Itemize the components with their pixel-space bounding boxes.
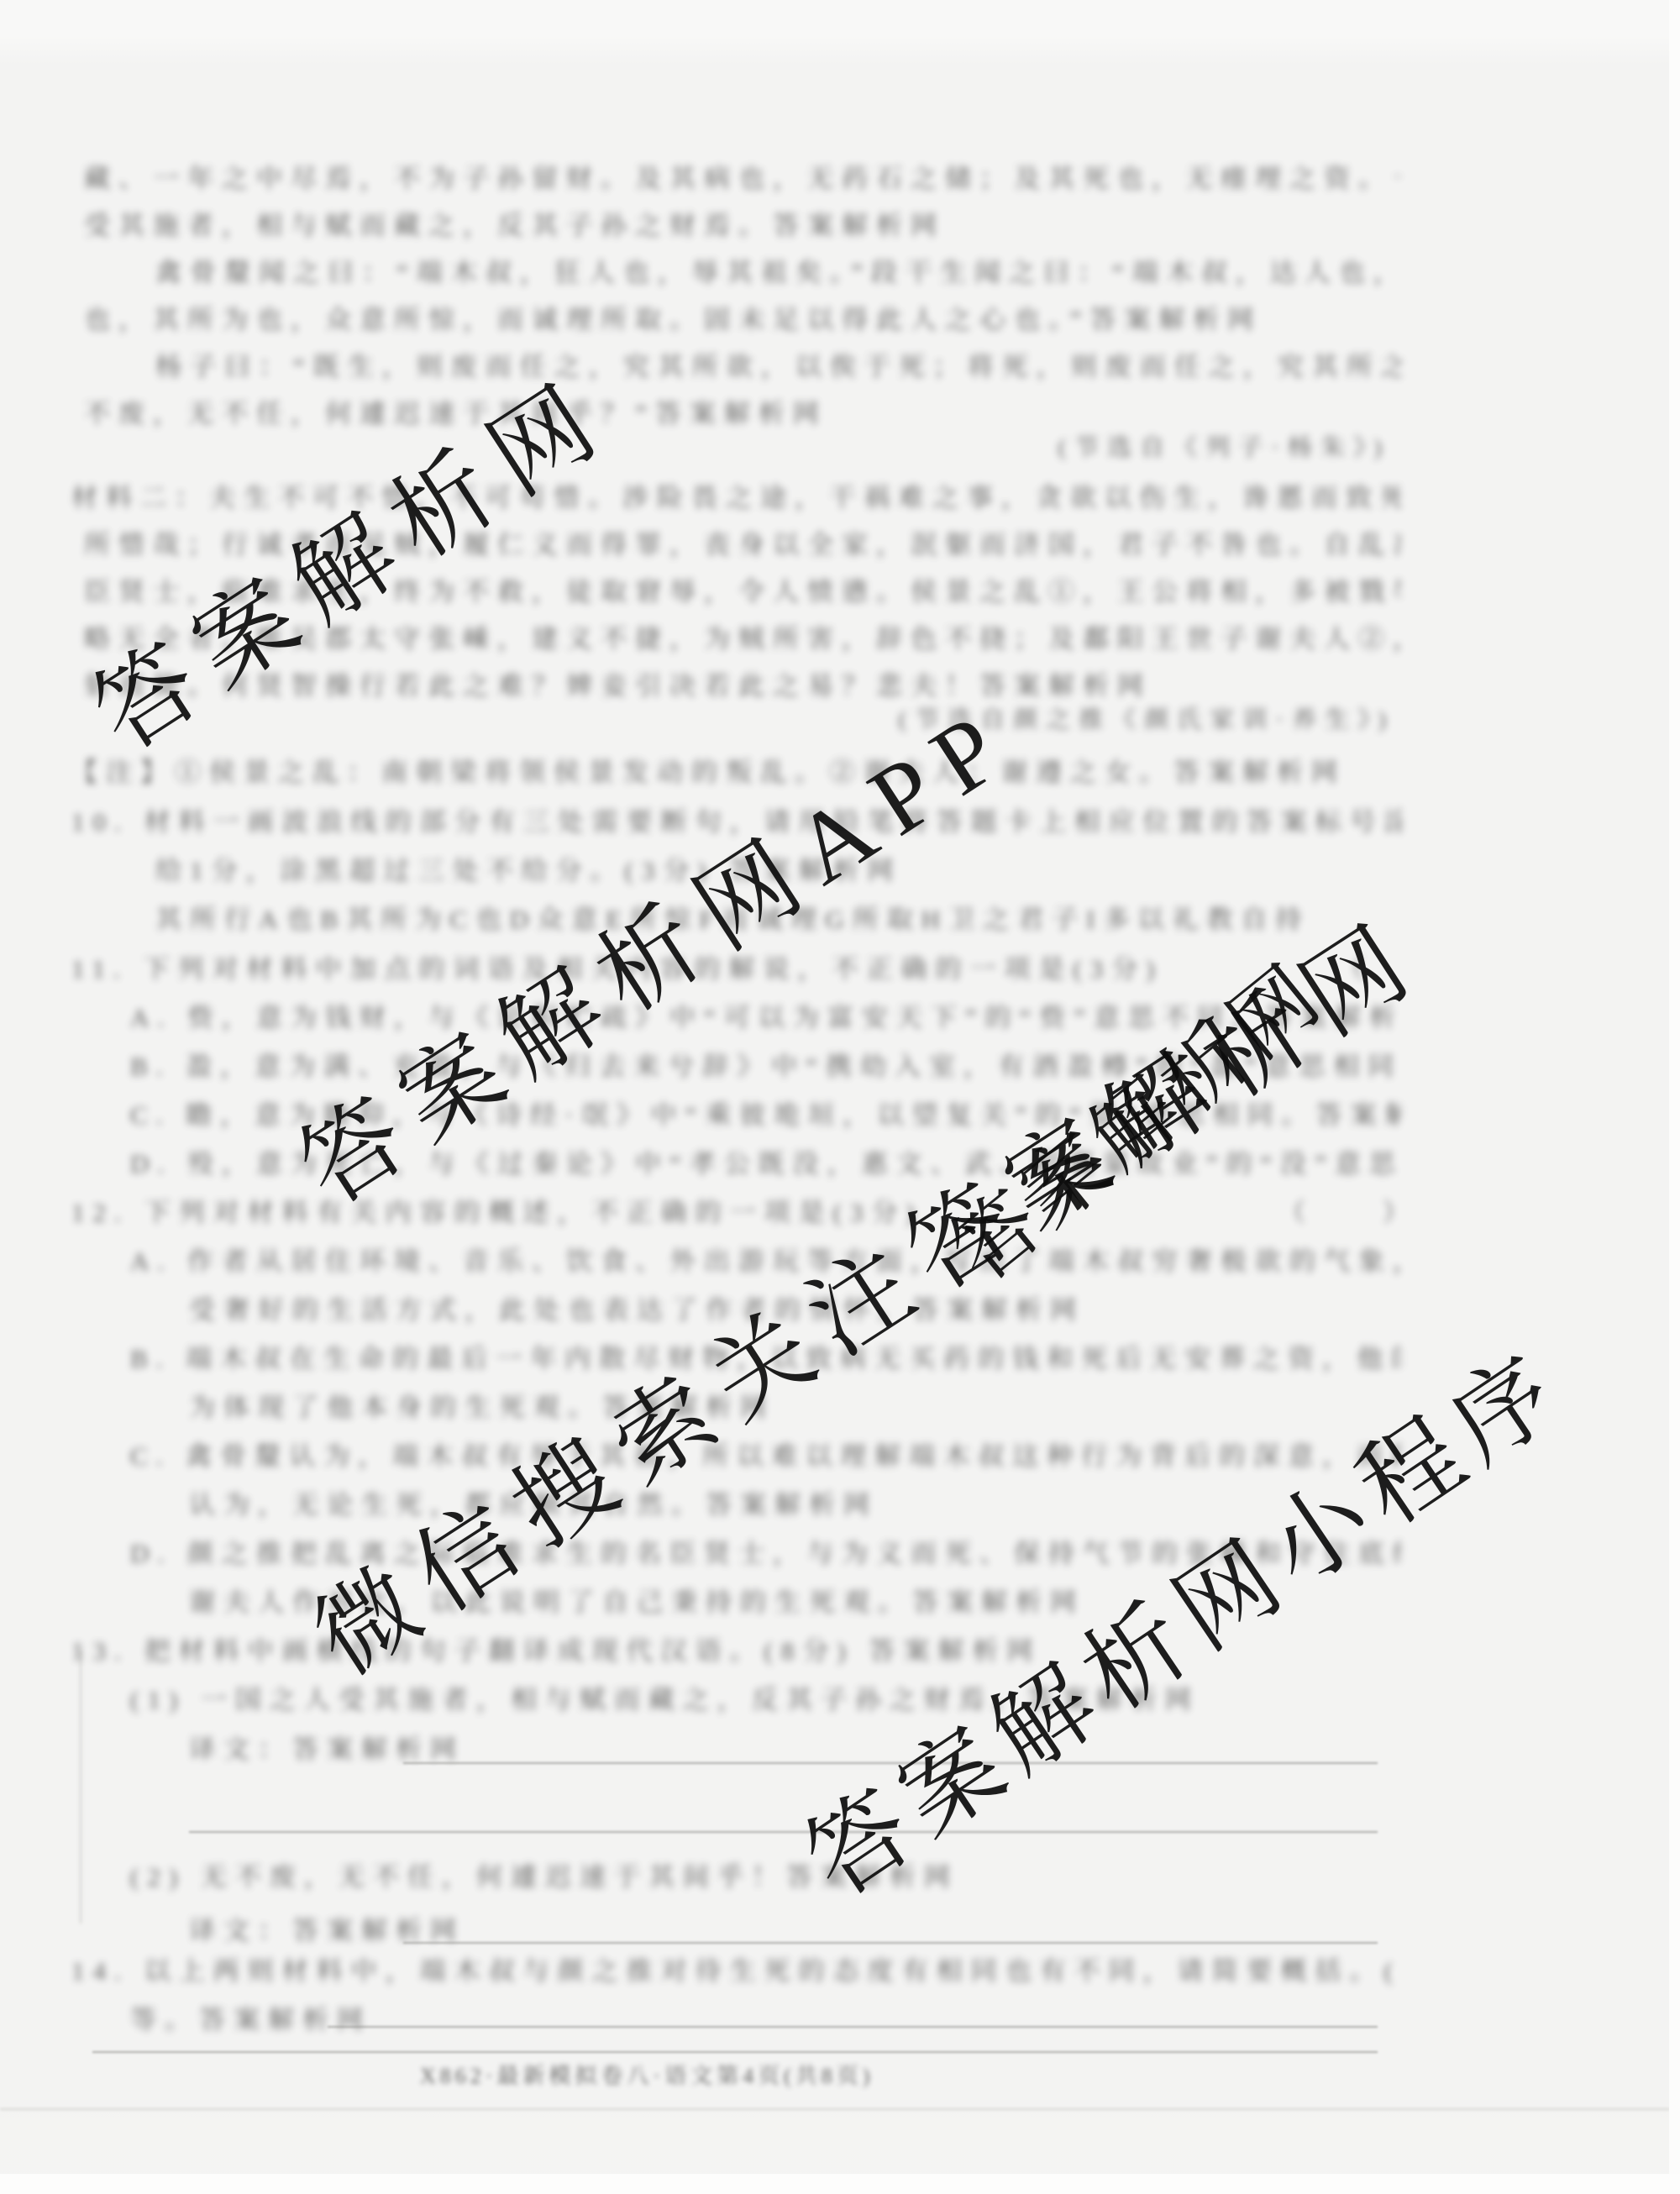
text-line: 杨子曰：“既生，则废而任之，究其所欲，以俟于死；将死，则废而任之，究其所之，以放… — [155, 353, 1401, 381]
answer-blank-line — [328, 2026, 1378, 2028]
answer-blank-line — [189, 1831, 1378, 1833]
text-line: 13. 把材料中画横线的句子翻译成现代汉语。(8分) 答案解析网 — [71, 1637, 1041, 1666]
text-line: 14. 以上两则材料中，端木叔与颜之推对待生死的态度有相同也有不同，请简要概括。… — [71, 1957, 1401, 1986]
underlined-passage: 一国之人 — [1393, 165, 1401, 193]
text-line: 材料二：夫生不可不惜，不可苟惜。涉险畏之途，干祸难之事，贪欲以伤生，谗慝而致死，… — [71, 484, 1401, 512]
scan-artifact-line — [80, 1651, 81, 1924]
text-line: 译文：答案解析网 — [189, 1917, 465, 1945]
text-line: C. 禽骨釐认为，端木叔有辱于其祖，所以难以理解端木叔这种行为背后的深意，而段干… — [130, 1442, 1401, 1471]
underlined-passage: 受其施者，相与赋而藏之，反其子孙之财焉。 — [84, 212, 773, 240]
scan-edge-right — [1669, 0, 1680, 2194]
text-line: 等。答案解析网 — [130, 2006, 371, 2034]
text-line: 禽骨釐闻之曰：“端木叔，狂人也，辱其祖矣。”段干生闻之曰：“端木叔，达人也，德过… — [155, 259, 1401, 287]
page-footer: X862·最新模拟卷八·语文第4页(共8页) — [420, 2065, 874, 2089]
answer-blank-line — [403, 1942, 1378, 1944]
text-line: 藏、一年之中尽焉，不为子孙留财。及其病也，无药石之储；及其死也，无瘗埋之资。一国… — [84, 165, 1401, 193]
scan-edge-bottom — [0, 2174, 1680, 2194]
text-line: 12. 下列对材料有关内容的概述，不正确的一项是(3分) — [71, 1199, 923, 1227]
answer-blank-line — [92, 2051, 1378, 2053]
text-line: 【注】①侯景之乱：南朝梁将领侯景发动的叛乱。②谢夫人：谢遵之女。答案解析网 — [71, 758, 1346, 787]
watermark-text: 答案解析网APP — [268, 662, 1038, 1231]
text-line: (节选自《列子·杨朱》) — [1058, 435, 1390, 462]
text-line: 也，其所为也，众意所惊，而诚理所取。固未足以得此人之心也。”答案解析网 — [84, 306, 1262, 334]
text-line: 译文：答案解析网 — [189, 1735, 465, 1764]
scanned-exam-page: 藏、一年之中尽焉，不为子孙留财。及其病也，无药石之储；及其死也，无瘗埋之资。一国… — [0, 0, 1680, 2194]
paper-bottom-edge — [0, 2108, 1670, 2110]
text-line: （ ） — [1279, 1199, 1401, 1227]
text-line: 受其施者，相与赋而藏之，反其子孙之财焉。答案解析网 — [84, 212, 945, 240]
